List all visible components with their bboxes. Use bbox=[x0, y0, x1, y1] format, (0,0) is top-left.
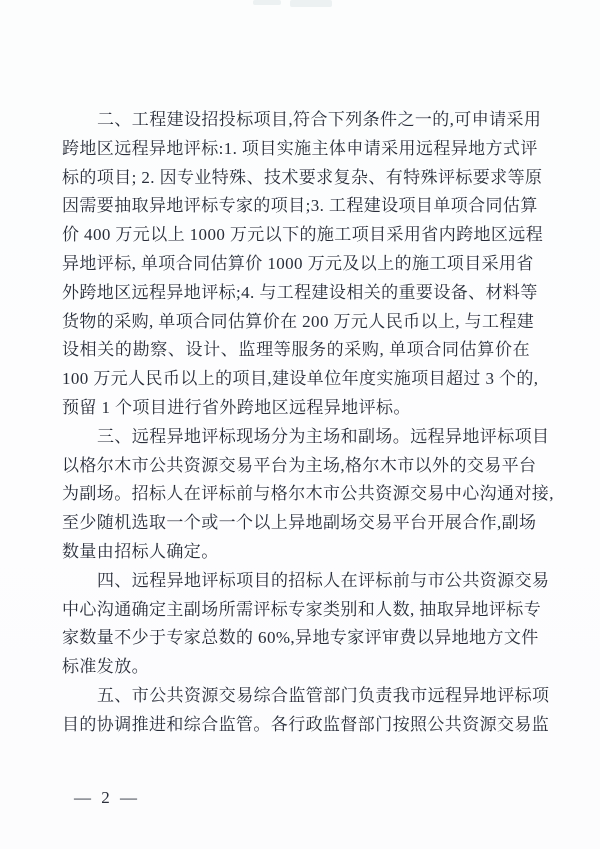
text-line: 价 400 万元以上 1000 万元以下的施工项目采用省内跨地区远程 bbox=[62, 221, 530, 250]
text-line: 以格尔木市公共资源交易平台为主场,格尔木市以外的交易平台 bbox=[62, 452, 530, 481]
page-number: — 2 — bbox=[74, 788, 140, 808]
text-line: 设相关的勘察、设计、监理等服务的采购, 单项合同估算价在 bbox=[62, 336, 530, 365]
text-line: 外跨地区远程异地评标;4. 与工程建设相关的重要设备、材料等 bbox=[62, 279, 530, 308]
text-line: 三、远程异地评标现场分为主场和副场。远程异地评标项目 bbox=[62, 423, 530, 452]
text-line: 中心沟通确定主副场所需评标专家类别和人数, 抽取异地评标专 bbox=[62, 596, 530, 625]
text-line: 100 万元人民币以上的项目,建设单位年度实施项目超过 3 个的, bbox=[62, 365, 530, 394]
text-line: 因需要抽取异地评标专家的项目;3. 工程建设项目单项合同估算 bbox=[62, 192, 530, 221]
text-line: 家数量不少于专家总数的 60%,异地专家评审费以异地地方文件 bbox=[62, 624, 530, 653]
text-line: 标的项目; 2. 因专业特殊、技术要求复杂、有特殊评标要求等原 bbox=[62, 164, 530, 193]
text-line: 预留 1 个项目进行省外跨地区远程异地评标。 bbox=[62, 394, 530, 423]
text-line: 数量由招标人确定。 bbox=[62, 538, 530, 567]
scan-artifact bbox=[253, 0, 281, 5]
text-line: 二、工程建设招投标项目,符合下列条件之一的,可申请采用 bbox=[62, 106, 530, 135]
text-line: 五、市公共资源交易综合监管部门负责我市远程异地评标项 bbox=[62, 682, 530, 711]
scan-artifact bbox=[290, 0, 332, 7]
text-line: 异地评标, 单项合同估算价 1000 万元及以上的施工项目采用省 bbox=[62, 250, 530, 279]
text-line: 货物的采购, 单项合同估算价在 200 万元人民币以上, 与工程建 bbox=[62, 308, 530, 337]
text-line: 目的协调推进和综合监管。各行政监督部门按照公共资源交易监 bbox=[62, 711, 530, 740]
text-line: 为副场。招标人在评标前与格尔木市公共资源交易中心沟通对接, bbox=[62, 480, 530, 509]
text-line: 至少随机选取一个或一个以上异地副场交易平台开展合作,副场 bbox=[62, 509, 530, 538]
document-page: 二、工程建设招投标项目,符合下列条件之一的,可申请采用跨地区远程异地评标:1. … bbox=[0, 0, 600, 849]
text-line: 四、远程异地评标项目的招标人在评标前与市公共资源交易 bbox=[62, 567, 530, 596]
text-line: 跨地区远程异地评标:1. 项目实施主体申请采用远程异地方式评 bbox=[62, 135, 530, 164]
document-body: 二、工程建设招投标项目,符合下列条件之一的,可申请采用跨地区远程异地评标:1. … bbox=[62, 106, 530, 740]
text-line: 标准发放。 bbox=[62, 653, 530, 682]
